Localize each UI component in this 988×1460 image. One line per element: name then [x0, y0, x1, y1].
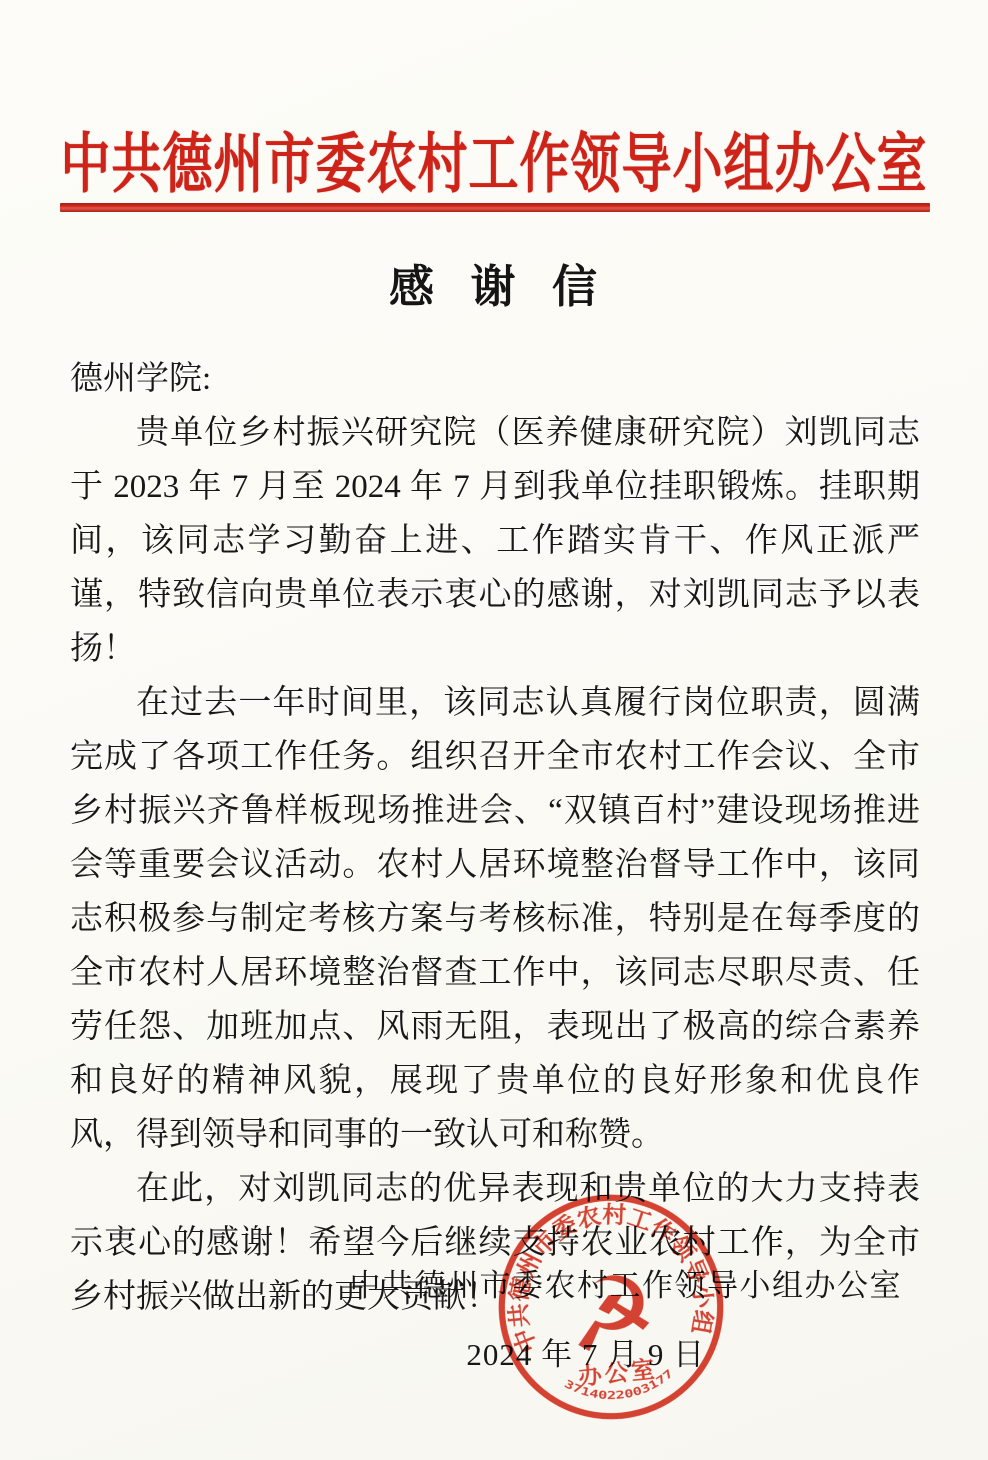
- salutation: 德州学院:: [70, 352, 920, 406]
- official-seal: 中共德州市委农村工作领导小组 ☭ 办公室 3714022003177: [482, 1178, 739, 1435]
- letter-page: 中共德州市委农村工作领导小组办公室 感 谢 信 德州学院: 贵单位乡村振兴研究院…: [0, 0, 988, 1460]
- letter-title: 感 谢 信: [0, 250, 988, 315]
- letterhead-org-name: 中共德州市委农村工作领导小组办公室: [50, 112, 938, 206]
- letter-body: 德州学院: 贵单位乡村振兴研究院（医养健康研究院）刘凯同志于 2023 年 7 …: [70, 352, 920, 1324]
- paragraph-2: 在过去一年时间里，该同志认真履行岗位职责，圆满完成了各项工作任务。组织召开全市农…: [70, 676, 920, 1162]
- letterhead-rule: [60, 203, 930, 212]
- paragraph-1: 贵单位乡村振兴研究院（医养健康研究院）刘凯同志于 2023 年 7 月至 202…: [70, 406, 920, 676]
